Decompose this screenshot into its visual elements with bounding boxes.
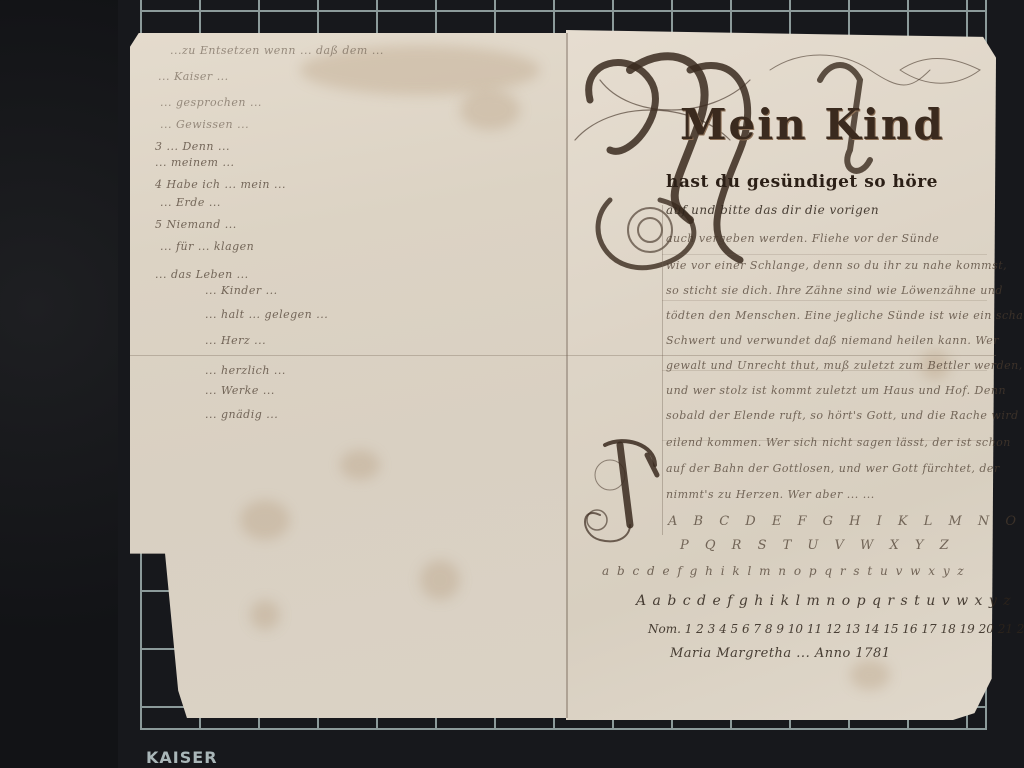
heading-mein-kind: Mein Kind (680, 100, 945, 149)
center-fold (566, 33, 568, 718)
calligraphic-initial-m-icon (570, 40, 1000, 290)
water-stain (850, 660, 890, 690)
ruled-line (662, 300, 987, 301)
board-brand-label: KAISER (146, 748, 218, 767)
horizontal-fold (130, 355, 996, 356)
water-stain (250, 600, 280, 630)
ruled-line (662, 254, 987, 255)
water-stain (340, 450, 380, 480)
water-stain (420, 560, 460, 600)
water-stain (240, 500, 290, 540)
manuscript-left-page (130, 33, 568, 718)
background-felt (0, 0, 118, 768)
water-stain (460, 90, 520, 130)
calligraphic-initial-a-icon (575, 435, 670, 555)
heading-subtitle: hast du gesündiget so höre (666, 172, 938, 192)
